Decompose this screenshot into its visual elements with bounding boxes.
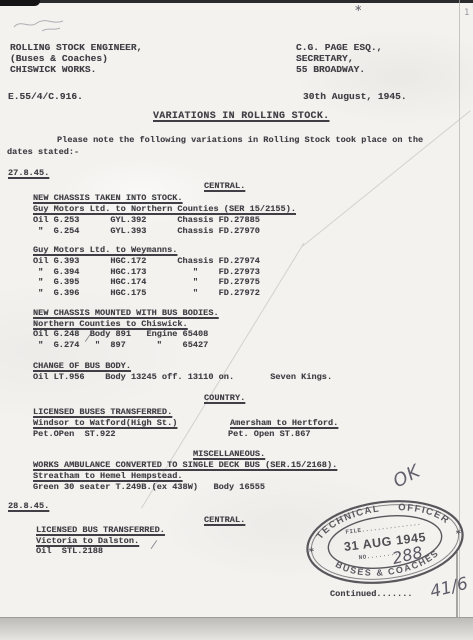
table-row: Pet.OPen ST.922: [33, 429, 116, 439]
corner-pencil-mark: 1: [464, 8, 470, 18]
scanned-memo-page: * 1 ROLLING STOCK ENGINEER, (Buses & Coa…: [0, 0, 473, 640]
heading-licensed-buses: LICENSED BUSES TRANSFERRED.: [33, 407, 172, 417]
document-date: 30th August, 1945.: [303, 91, 407, 102]
region-heading-country: COUNTRY.: [204, 393, 245, 403]
stamp-star-left: *: [308, 547, 315, 559]
subheading-amersham-hertford: Amersham to Hertford.: [230, 418, 338, 428]
section-date-28845: 28.8.45.: [8, 501, 49, 511]
sender-line-3: CHISWICK WORKS.: [10, 64, 96, 75]
table-row: Green 30 seater T.249B.(ex 438W) Body 16…: [33, 482, 265, 492]
recipient-line-3: 55 BROADWAY.: [296, 64, 365, 75]
region-heading-central-2: CENTRAL.: [204, 515, 245, 525]
table-row: Oil G.248 Body 891 Engine 65408: [33, 329, 208, 339]
recipient-line-2: SECRETARY,: [296, 53, 354, 64]
table-row: Oil G.253 GYL.392 Chassis FD.27885: [33, 215, 260, 225]
table-row: Oil LT.956 Body 13245 off. 13110 on. Sev…: [33, 372, 332, 382]
handwritten-ok: OK: [390, 461, 425, 493]
subheading-guy-weymanns: Guy Motors Ltd. to Weymanns.: [33, 245, 177, 255]
region-heading-miscellaneous: MISCELLANEOUS.: [193, 449, 265, 459]
section-date-27845: 27.8.45.: [8, 168, 49, 178]
table-row: " G.396 HGC.175 " FD.27972: [33, 288, 260, 298]
subheading-windsor-watford: Windsor to Watford(High St.): [33, 418, 177, 428]
heading-new-chassis-stock: NEW CHASSIS TAKEN INTO STOCK.: [33, 193, 183, 203]
scan-edge-bottom: [0, 617, 473, 640]
recipient-line-1: C.G. PAGE ESQ.,: [296, 42, 382, 53]
continued-note: Continued.......: [330, 589, 413, 599]
heading-change-of-body: CHANGE OF BUS BODY.: [33, 361, 131, 371]
pencil-squiggle: [12, 14, 76, 36]
heading-chassis-bodies: NEW CHASSIS MOUNTED WITH BUS BODIES.: [33, 308, 219, 318]
subheading-guy-northern: Guy Motors Ltd. to Northern Counties (SE…: [33, 204, 296, 214]
heading-licensed-bus: LICENSED BUS TRANSFERRED.: [36, 525, 165, 535]
table-row: " G.254 GYL.393 Chassis FD.27970: [33, 226, 260, 236]
intro-line-2: dates stated:-: [7, 147, 79, 157]
table-row: " G.274 " 897 " 65427: [33, 340, 208, 350]
heading-works-ambulance: WORKS AMBULANCE CONVERTED TO SINGLE DECK…: [33, 460, 337, 470]
table-row: " G.395 HGC.174 " FD.27975: [33, 277, 260, 287]
scan-edge-corner: [0, 0, 40, 6]
table-row: Oil STL.2188: [36, 546, 103, 556]
scan-edge-top: [0, 0, 473, 3]
sender-line-2: (Buses & Coaches): [10, 53, 108, 64]
intro-line-1: Please note the following variations in …: [57, 135, 423, 145]
table-row: Pet. Open ST.867: [228, 429, 311, 439]
pencil-tick: /: [151, 538, 156, 551]
reference-number: E.55/4/C.916.: [8, 91, 83, 102]
region-heading-central: CENTRAL.: [204, 181, 245, 191]
table-row: Oil G.393 HGC.172 Chassis FD.27974: [33, 256, 260, 266]
subheading-victoria-dalston: Victoria to Dalston.: [36, 536, 139, 546]
table-row: " G.394 HGC.173 " FD.27973: [33, 267, 260, 277]
subheading-northern-chiswick: Northern Counties to Chiswick.: [33, 319, 188, 329]
sender-line-1: ROLLING STOCK ENGINEER,: [10, 42, 142, 53]
subheading-streatham-hemel: Streatham to Hemel Hempstead.: [33, 471, 183, 481]
document-title: VARIATIONS IN ROLLING STOCK.: [153, 112, 329, 122]
crease-line-upper: [302, 110, 471, 246]
pencil-asterisk-mark: *: [355, 4, 362, 19]
